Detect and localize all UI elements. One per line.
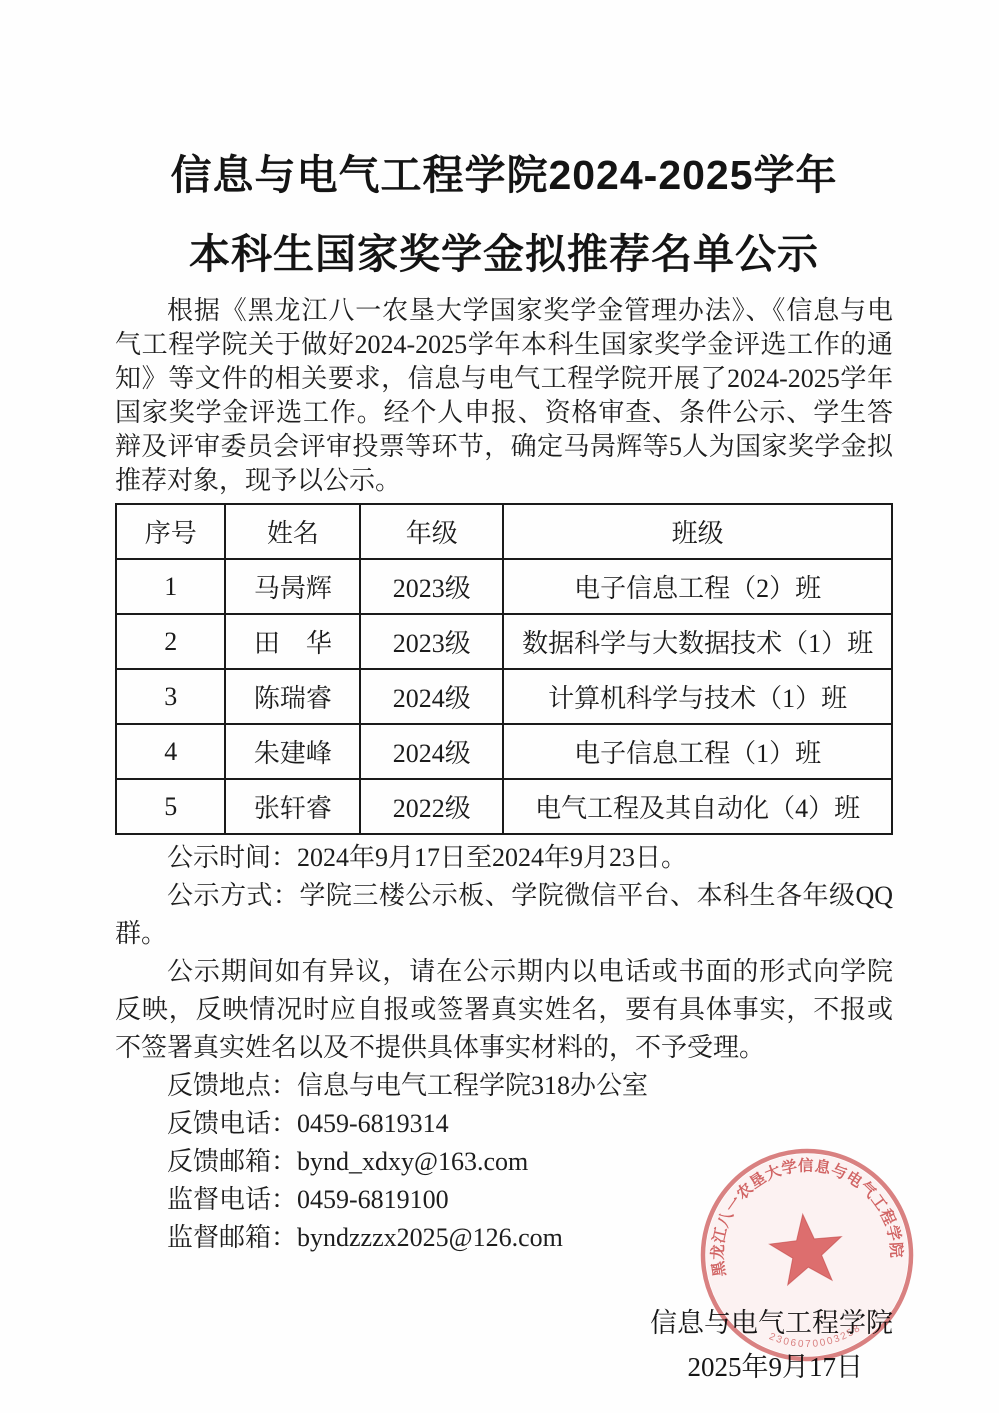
cell-index: 1 bbox=[116, 559, 225, 614]
table-header-row: 序号 姓名 年级 班级 bbox=[116, 504, 892, 559]
header-class: 班级 bbox=[503, 504, 892, 559]
table-row: 1 马昺辉 2023级 电子信息工程（2）班 bbox=[116, 559, 892, 614]
objection-paragraph: 公示期间如有异议，请在公示期内以电话或书面的形式向学院反映，反映情况时应自报或签… bbox=[115, 953, 893, 1067]
cell-class: 电子信息工程（1）班 bbox=[503, 724, 892, 779]
supervision-email-line: 监督邮箱：byndzzzx2025@126.com bbox=[115, 1219, 893, 1257]
feedback-location-line: 反馈地点：信息与电气工程学院318办公室 bbox=[115, 1067, 893, 1105]
feedback-phone-line: 反馈电话：0459-6819314 bbox=[115, 1105, 893, 1143]
cell-class: 数据科学与大数据技术（1）班 bbox=[503, 614, 892, 669]
table-row: 4 朱建峰 2024级 电子信息工程（1）班 bbox=[116, 724, 892, 779]
intro-paragraph: 根据《黑龙江八一农垦大学国家奖学金管理办法》、《信息与电气工程学院关于做好202… bbox=[115, 294, 893, 498]
signature-org: 信息与电气工程学院 bbox=[115, 1301, 893, 1345]
doc-title-line2: 本科生国家奖学金拟推荐名单公示 bbox=[115, 221, 893, 280]
cell-class: 电气工程及其自动化（4）班 bbox=[503, 779, 892, 834]
document-content: 信息与电气工程学院2024-2025学年 本科生国家奖学金拟推荐名单公示 根据《… bbox=[0, 0, 999, 1389]
table-header: 序号 姓名 年级 班级 bbox=[116, 504, 892, 559]
document-page: 信息与电气工程学院2024-2025学年 本科生国家奖学金拟推荐名单公示 根据《… bbox=[0, 0, 999, 1413]
cell-grade: 2024级 bbox=[360, 724, 503, 779]
cell-grade: 2024级 bbox=[360, 669, 503, 724]
cell-name: 陈瑞睿 bbox=[225, 669, 360, 724]
publicity-time-line: 公示时间：2024年9月17日至2024年9月23日。 bbox=[115, 839, 893, 877]
table-row: 2 田 华 2023级 数据科学与大数据技术（1）班 bbox=[116, 614, 892, 669]
publicity-method-line: 公示方式：学院三楼公示板、学院微信平台、本科生各年级QQ群。 bbox=[115, 877, 893, 953]
table-row: 3 陈瑞睿 2024级 计算机科学与技术（1）班 bbox=[116, 669, 892, 724]
cell-class: 计算机科学与技术（1）班 bbox=[503, 669, 892, 724]
cell-grade: 2023级 bbox=[360, 559, 503, 614]
cell-index: 3 bbox=[116, 669, 225, 724]
cell-index: 5 bbox=[116, 779, 225, 834]
table-body: 1 马昺辉 2023级 电子信息工程（2）班 2 田 华 2023级 数据科学与… bbox=[116, 559, 892, 834]
cell-index: 4 bbox=[116, 724, 225, 779]
table-row: 5 张轩睿 2022级 电气工程及其自动化（4）班 bbox=[116, 779, 892, 834]
candidates-table: 序号 姓名 年级 班级 1 马昺辉 2023级 电子信息工程（2）班 2 田 华… bbox=[115, 503, 893, 835]
notice-section: 公示时间：2024年9月17日至2024年9月23日。 公示方式：学院三楼公示板… bbox=[115, 839, 893, 1257]
cell-grade: 2023级 bbox=[360, 614, 503, 669]
cell-name: 朱建峰 bbox=[225, 724, 360, 779]
cell-grade: 2022级 bbox=[360, 779, 503, 834]
cell-index: 2 bbox=[116, 614, 225, 669]
doc-title-line1: 信息与电气工程学院2024-2025学年 bbox=[115, 0, 893, 201]
cell-name: 田 华 bbox=[225, 614, 360, 669]
header-name: 姓名 bbox=[225, 504, 360, 559]
cell-class: 电子信息工程（2）班 bbox=[503, 559, 892, 614]
cell-name: 张轩睿 bbox=[225, 779, 360, 834]
cell-name: 马昺辉 bbox=[225, 559, 360, 614]
header-grade: 年级 bbox=[360, 504, 503, 559]
signature-block: 信息与电气工程学院 2025年9月17日 bbox=[115, 1301, 893, 1389]
supervision-phone-line: 监督电话：0459-6819100 bbox=[115, 1181, 893, 1219]
signature-date: 2025年9月17日 bbox=[115, 1345, 893, 1389]
feedback-email-line: 反馈邮箱：bynd_xdxy@163.com bbox=[115, 1143, 893, 1181]
header-index: 序号 bbox=[116, 504, 225, 559]
